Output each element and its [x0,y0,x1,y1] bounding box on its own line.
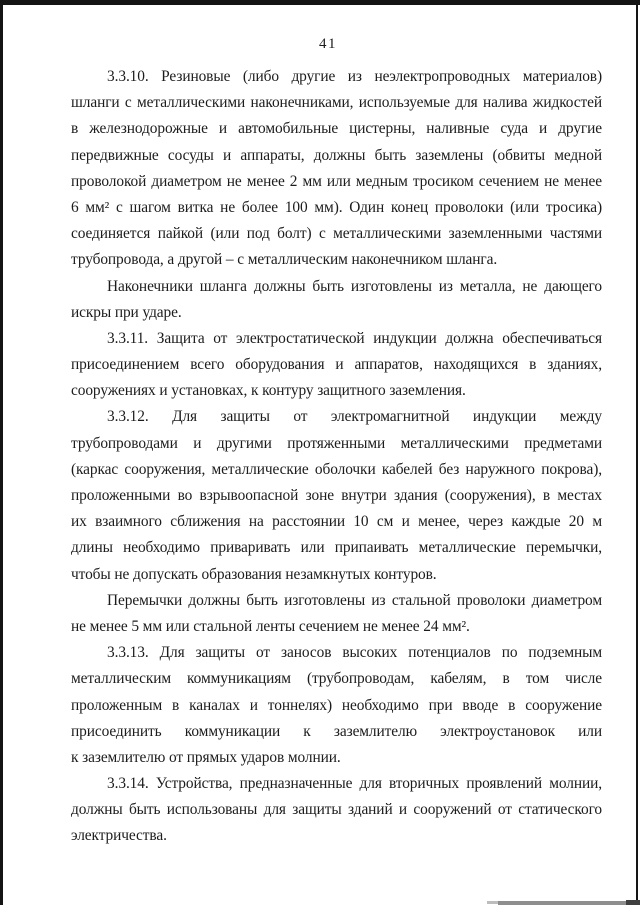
text-line: трубопроводами и другими протяженными ме… [71,431,602,457]
text-line: 3.3.12. Для защиты от электромагнитной и… [71,404,602,430]
text-line: 3.3.11. Защита от электростатической инд… [71,326,602,352]
text-line: их взаимного сближения на расстоянии 10 … [71,509,602,535]
scan-edge-top [0,0,640,5]
text-line: присоединить коммуникации к заземлителю … [71,719,602,745]
scan-artifact-bar-end [626,900,640,905]
text-line: Наконечники шланга должны быть изготовле… [71,274,602,300]
text-line: в железнодорожные и автомобильные цистер… [71,116,602,142]
text-line: электричества. [71,823,602,849]
text-line: 3.3.13. Для защиты от заносов высоких по… [71,640,602,666]
text-line: к заземлителю от прямых ударов молнии. [71,745,602,771]
text-line: проволокой диаметром не менее 2 мм или м… [71,169,602,195]
scan-artifact-bar [498,901,640,905]
text-line: не менее 5 мм или стальной ленты сечение… [71,614,602,640]
text-line: 3.3.10. Резиновые (либо другие из неэлек… [71,64,602,90]
text-line: Перемычки должны быть изготовлены из ста… [71,588,602,614]
page-number: 41 [0,36,640,53]
text-line: трубопровода, а другой – с металлическим… [71,247,602,273]
scan-edge-right [636,0,638,903]
text-line: сооружениях и установках, к контуру защи… [71,378,602,404]
scan-artifact-dash [487,901,498,904]
text-line: чтобы не допускать образования незамкнут… [71,562,602,588]
text-line: металлическим коммуникациям (трубопровод… [71,666,602,692]
text-line: проложенными во взрывоопасной зоне внутр… [71,483,602,509]
text-line: соединяется пайкой (или под болт) с мета… [71,221,602,247]
text-line: искры при ударе. [71,300,602,326]
text-line: 6 мм² с шагом витка не более 100 мм). Од… [71,195,602,221]
text-line: присоединением всего оборудования и аппа… [71,352,602,378]
text-line: должны быть использованы для защиты здан… [71,797,602,823]
text-line: 3.3.14. Устройства, предназначенные для … [71,771,602,797]
text-line: проложенным в каналах и тоннелях) необхо… [71,693,602,719]
text-line: (каркас сооружения, металлические оболоч… [71,457,602,483]
text-line: передвижные сосуды и аппараты, должны бы… [71,143,602,169]
scanned-document-page: 41 3.3.10. Резиновые (либо другие из неэ… [0,0,640,905]
text-line: шланги с металлическими наконечниками, и… [71,90,602,116]
document-body: 3.3.10. Резиновые (либо другие из неэлек… [71,64,602,850]
scan-edge-left [0,0,3,905]
text-line: длины необходимо приваривать или припаив… [71,535,602,561]
